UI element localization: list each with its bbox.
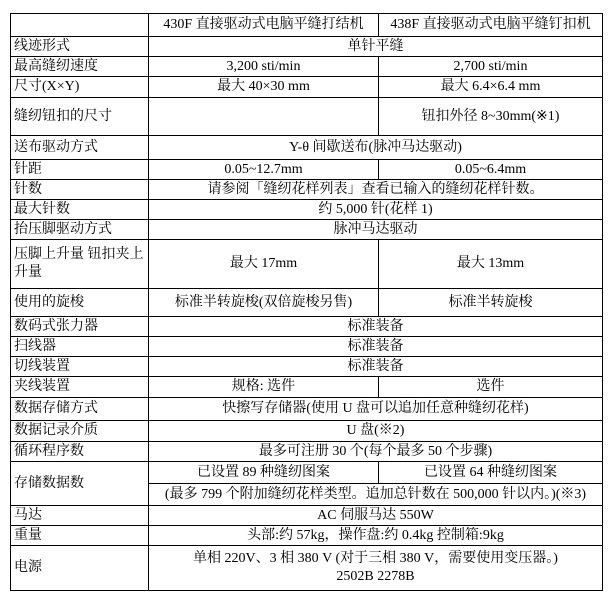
- header-corner-cell: [11, 14, 149, 37]
- table-row-max-stitches: 最大针数 约 5,000 针(花样 1): [11, 200, 603, 220]
- table-row-max-speed: 最高缝纫速度 3,200 sti/min 2,700 sti/min: [11, 57, 603, 77]
- row-label: 马达: [11, 506, 149, 526]
- row-value-col2: 标准半转旋梭: [379, 289, 603, 317]
- model-header-438f: 438F 直接驱动式电脑平缝钉扣机: [379, 14, 603, 37]
- row-label: 抬压脚驱动方式: [11, 220, 149, 240]
- table-row-stitch-count: 针数 请参阅「缝纫花样列表」查看已输入的缝纫花样针数。: [11, 180, 603, 200]
- table-row-weight: 重量 头部:约 57kg，操作盘:约 0.4kg 控制箱:9kg: [11, 526, 603, 546]
- table-row-cycle-programs: 循环程序数 最多可注册 30 个(每个最多 50 个步骤): [11, 442, 603, 462]
- row-label: 数码式张力器: [11, 317, 149, 337]
- row-label: 缝纫钮扣的尺寸: [11, 98, 149, 136]
- header-row: 430F 直接驱动式电脑平缝打结机 438F 直接驱动式电脑平缝钉扣机: [11, 14, 603, 37]
- row-value-col2: 0.05~6.4mm: [379, 160, 603, 180]
- row-label: 夹线装置: [11, 377, 149, 398]
- row-value-col1: 最大 17mm: [149, 240, 379, 289]
- row-label: 数据存储方式: [11, 398, 149, 421]
- table-row-stored-data: 存储数据数 已设置 89 种缝纫图案 已设置 64 种缝纫图案: [11, 462, 603, 484]
- spec-sheet-page: 430F 直接驱动式电脑平缝打结机 438F 直接驱动式电脑平缝钉扣机 线迹形式…: [0, 13, 612, 612]
- table-row-data-media: 数据记录介质 U 盘(※2): [11, 421, 603, 442]
- row-value: 请参阅「缝纫花样列表」查看已输入的缝纫花样针数。: [149, 180, 603, 200]
- table-row-presser-drive: 抬压脚驱动方式 脉冲马达驱动: [11, 220, 603, 240]
- row-label: 重量: [11, 526, 149, 546]
- table-row-size-xy: 尺寸(X×Y) 最大 40×30 mm 最大 6.4×6.4 mm: [11, 77, 603, 98]
- row-label: 针数: [11, 180, 149, 200]
- power-spec-line: 单相 220V、3 相 380 V (对于三相 380 V，需要使用变压器。): [152, 550, 599, 568]
- row-label: 线迹形式: [11, 37, 149, 57]
- table-row-stitch-type: 线迹形式 单针平缝: [11, 37, 603, 57]
- table-row-button-size: 缝纫钮扣的尺寸 钮扣外径 8~30mm(※1): [11, 98, 603, 136]
- row-value-col1: 已设置 89 种缝纫图案: [149, 462, 379, 484]
- table-row-motor: 马达 AC 伺服马达 550W: [11, 506, 603, 526]
- row-value-col1: 最大 40×30 mm: [149, 77, 379, 98]
- row-label: 切线装置: [11, 357, 149, 377]
- row-label: 数据记录介质: [11, 421, 149, 442]
- row-value: 单针平缝: [149, 37, 603, 57]
- row-value: 快擦写存储器(使用 U 盘可以追加任意种缝纫花样): [149, 398, 603, 421]
- row-value-col2: 最大 13mm: [379, 240, 603, 289]
- table-row-thread-clamp: 夹线装置 规格: 选件 选件: [11, 377, 603, 398]
- row-label: 最大针数: [11, 200, 149, 220]
- row-label: 送布驱动方式: [11, 136, 149, 160]
- table-row-feed-drive: 送布驱动方式 Y-θ 间歇送布(脉冲马达驱动): [11, 136, 603, 160]
- row-value-col2: 已设置 64 种缝纫图案: [379, 462, 603, 484]
- row-label: 压脚上升量 钮扣夹上升量: [11, 240, 149, 289]
- row-value-col1: 0.05~12.7mm: [149, 160, 379, 180]
- table-row-thread-trimmer: 切线装置 标准装备: [11, 357, 603, 377]
- spec-table: 430F 直接驱动式电脑平缝打结机 438F 直接驱动式电脑平缝钉扣机 线迹形式…: [10, 13, 603, 591]
- table-row-stitch-length: 针距 0.05~12.7mm 0.05~6.4mm: [11, 160, 603, 180]
- table-row-data-storage: 数据存储方式 快擦写存储器(使用 U 盘可以追加任意种缝纫花样): [11, 398, 603, 421]
- row-value-col2: 最大 6.4×6.4 mm: [379, 77, 603, 98]
- table-row-power: 电源 单相 220V、3 相 380 V (对于三相 380 V，需要使用变压器…: [11, 546, 603, 591]
- row-value: AC 伺服马达 550W: [149, 506, 603, 526]
- row-value: 标准装备: [149, 317, 603, 337]
- row-value: 约 5,000 针(花样 1): [149, 200, 603, 220]
- row-label: 尺寸(X×Y): [11, 77, 149, 98]
- row-value: 标准装备: [149, 357, 603, 377]
- row-value: U 盘(※2): [149, 421, 603, 442]
- row-label: 最高缝纫速度: [11, 57, 149, 77]
- row-value: 标准装备: [149, 337, 603, 357]
- row-note: (最多 799 个附加缝纫花样类型。追加总针数在 500,000 针以内。)(※…: [149, 484, 603, 506]
- row-label: 循环程序数: [11, 442, 149, 462]
- row-label: 针距: [11, 160, 149, 180]
- row-value-col2: 2,700 sti/min: [379, 57, 603, 77]
- row-value: 头部:约 57kg，操作盘:约 0.4kg 控制箱:9kg: [149, 526, 603, 546]
- row-value-col1: 规格: 选件: [149, 377, 379, 398]
- row-value: 最多可注册 30 个(每个最多 50 个步骤): [149, 442, 603, 462]
- row-label: 电源: [11, 546, 149, 591]
- table-row-hook-type: 使用的旋梭 标准半转旋梭(双倍旋梭另售) 标准半转旋梭: [11, 289, 603, 317]
- row-label: 使用的旋梭: [11, 289, 149, 317]
- row-value: 脉冲马达驱动: [149, 220, 603, 240]
- row-value-col2: 钮扣外径 8~30mm(※1): [379, 98, 603, 136]
- row-label: 扫线器: [11, 337, 149, 357]
- row-label: 存储数据数: [11, 462, 149, 506]
- power-model-codes: 2502B 2278B: [152, 568, 599, 586]
- table-row-wiper: 扫线器 标准装备: [11, 337, 603, 357]
- row-value: 单相 220V、3 相 380 V (对于三相 380 V，需要使用变压器。) …: [149, 546, 603, 591]
- row-value-col1: 标准半转旋梭(双倍旋梭另售): [149, 289, 379, 317]
- row-value-col1: [149, 98, 379, 136]
- row-value-col1: 3,200 sti/min: [149, 57, 379, 77]
- row-value: Y-θ 间歇送布(脉冲马达驱动): [149, 136, 603, 160]
- model-header-430f: 430F 直接驱动式电脑平缝打结机: [149, 14, 379, 37]
- table-row-digital-tension: 数码式张力器 标准装备: [11, 317, 603, 337]
- row-value-col2: 选件: [379, 377, 603, 398]
- table-row-presser-lift: 压脚上升量 钮扣夹上升量 最大 17mm 最大 13mm: [11, 240, 603, 289]
